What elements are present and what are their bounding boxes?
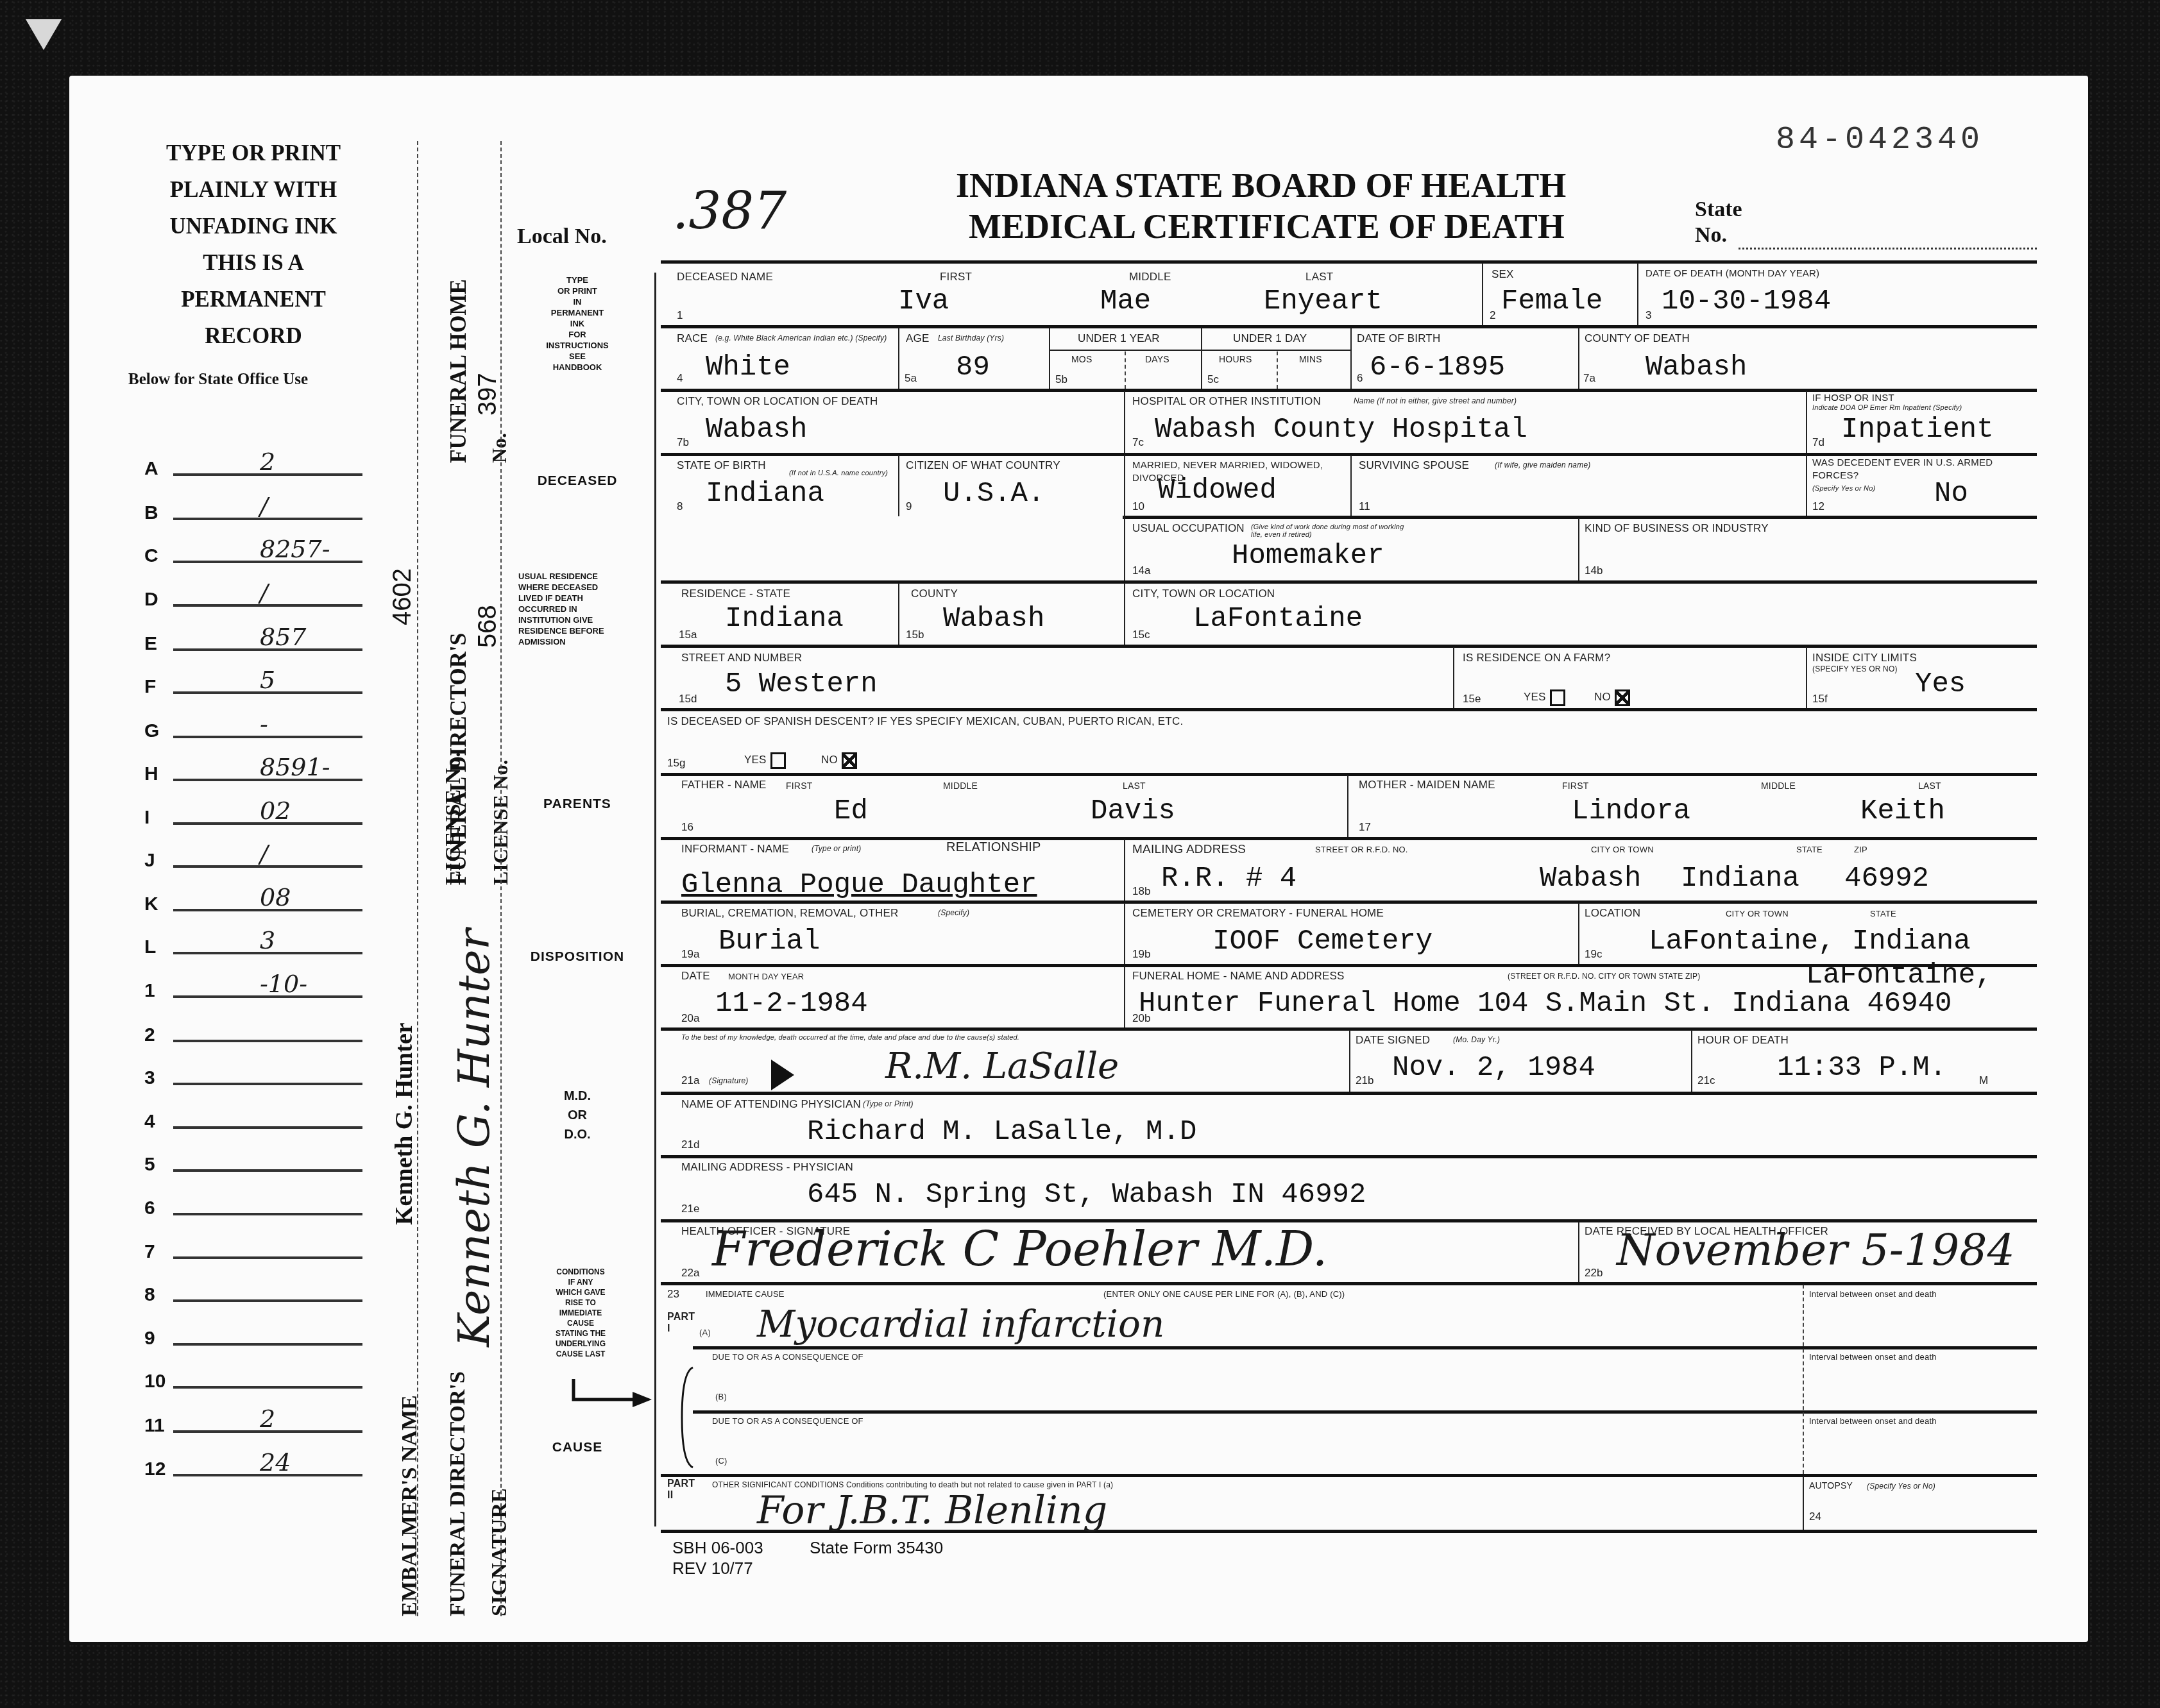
form-title-line1: INDIANA STATE BOARD OF HEALTH (956, 165, 1566, 205)
field-number: 15b (906, 629, 924, 641)
label-informant: INFORMANT - NAME (681, 843, 789, 856)
label-mos: MOS (1071, 354, 1093, 364)
date-of-death-value: 10-30-1984 (1662, 285, 1831, 317)
label-hosp-status: IF HOSP OR INST (1812, 393, 1894, 403)
field-number: 7a (1583, 372, 1595, 385)
hint-hospital: Name (If not in either, give street and … (1354, 396, 1517, 405)
county-of-death-value: Wabash (1646, 351, 1747, 384)
office-row-key: D (144, 589, 158, 611)
office-row-value: 02 (260, 797, 291, 825)
label-surviving-spouse: SURVIVING SPOUSE (1359, 459, 1469, 472)
label-state: STATE (1796, 845, 1823, 854)
hint-disposition: (Specify) (938, 908, 969, 917)
hospital-value: Wabash County Hospital (1155, 414, 1527, 446)
field-number: 19c (1585, 948, 1602, 961)
hint-disposition-date: MONTH DAY YEAR (728, 972, 804, 981)
date-received-value: November 5-1984 (1617, 1225, 2015, 1276)
label-interval-a: Interval between onset and death (1809, 1289, 1937, 1299)
mailing-state-value: Indiana (1681, 863, 1799, 895)
fd-signature-label-2: SIGNATURE (488, 1488, 512, 1616)
field-number: 7d (1812, 436, 1824, 449)
office-row-value: / (260, 840, 268, 868)
hint-state-of-birth: (If not in U.S.A. name country) (789, 469, 892, 477)
field-number: 22a (681, 1267, 699, 1280)
field-number: 6 (1357, 372, 1363, 385)
physician-value: Richard M. LaSalle, M.D (807, 1116, 1196, 1148)
section-disposition: DISPOSITION (513, 949, 642, 965)
office-row-value: 08 (260, 883, 291, 911)
section-deceased: DECEASED (513, 473, 642, 489)
office-use-row: 3 (144, 1051, 362, 1089)
label-cause-b: (b) (715, 1392, 727, 1401)
cause-instruction: (ENTER ONLY ONE CAUSE PER LINE FOR (a), … (1103, 1289, 1345, 1299)
state-no-field (1739, 248, 2037, 249)
residence-county-value: Wabash (943, 603, 1044, 635)
office-use-row: H8591- (144, 747, 362, 785)
label-city-town: CITY OR TOWN (1591, 845, 1654, 854)
cause-bracket (677, 1366, 696, 1469)
label-father: FATHER - NAME (681, 779, 767, 791)
label-sex: SEX (1492, 268, 1514, 281)
embalmer-name-value: Kenneth G. Hunter (390, 1022, 418, 1225)
label-state-of-birth: STATE OF BIRTH (677, 459, 766, 472)
field-number: 19b (1132, 948, 1150, 961)
label-location: LOCATION (1585, 907, 1640, 920)
office-row-value: 5 (260, 666, 275, 694)
office-row-key: H (144, 763, 158, 785)
hint-autopsy: (Specify Yes or No) (1867, 1482, 1935, 1491)
form-left-border (654, 273, 656, 1526)
fd-signature: Kenneth G. Hunter (449, 929, 500, 1347)
office-row-line (173, 1126, 362, 1129)
label-occupation: USUAL OCCUPATION (1132, 522, 1245, 535)
field-number: 18b (1132, 885, 1150, 898)
type-print-hint: TYPEOR PRINTIN PERMANENTINKFOR INSTRUCTI… (513, 275, 642, 373)
office-row-key: 10 (144, 1371, 166, 1392)
arrow-right-icon (571, 1379, 654, 1417)
row-divider (661, 1282, 2037, 1285)
office-use-row: 1-10- (144, 963, 362, 1002)
deceased-last-name: Enyeart (1264, 285, 1382, 317)
state-file-number-stamp: 84-042340 (1776, 122, 1984, 158)
label-interval-b: Interval between onset and death (1809, 1352, 1937, 1362)
field-number: 16 (681, 821, 693, 834)
date-signed-value: Nov. 2, 1984 (1392, 1052, 1595, 1084)
office-row-line (173, 1213, 362, 1215)
spanish-yes-checkbox[interactable] (770, 752, 786, 769)
fd-license-label-1: FUNERAL DIRECTOR'S (446, 633, 472, 885)
label-date-of-death: DATE OF DEATH (MONTH DAY YEAR) (1646, 268, 1819, 279)
field-number: 15d (679, 693, 697, 706)
autopsy-field-number: 24 (1809, 1510, 1821, 1523)
office-row-line (173, 1299, 362, 1302)
office-row-key: 3 (144, 1067, 155, 1089)
label-first: FIRST (940, 271, 972, 283)
row-divider (661, 837, 2037, 840)
office-row-value: 24 (260, 1448, 291, 1476)
embalmer-name-label: EMBALMER'S NAME (398, 1395, 422, 1616)
hint-surviving-spouse: (If wife, give maiden name) (1495, 461, 1590, 469)
deceased-first-name: Iva (898, 285, 949, 317)
hint-occupation: (Give kind of work done during most of w… (1251, 523, 1411, 539)
occupation-value: Homemaker (1232, 540, 1384, 572)
row-divider (661, 773, 2037, 776)
cemetery-value: IOOF Cemetery (1212, 926, 1433, 958)
office-row-value: / (260, 492, 268, 520)
farm-no-option[interactable]: NO (1594, 689, 1630, 706)
hour-of-death-value: 11:33 P.M. (1777, 1052, 1946, 1084)
label-city-limits: INSIDE CITY LIMITS (1812, 652, 1917, 664)
office-row-value: 8257- (260, 535, 330, 563)
mother-last-name: Keith (1860, 795, 1945, 827)
label-physician: NAME OF ATTENDING PHYSICIAN (681, 1098, 861, 1111)
label-armed-forces: WAS DECEDENT EVER IN U.S. ARMED FORCES? (1812, 457, 2018, 482)
label-first: FIRST (1562, 781, 1588, 791)
label-middle: MIDDLE (1129, 271, 1171, 283)
residence-hint: USUAL RESIDENCEWHERE DECEASEDLIVED IF DE… (513, 571, 647, 647)
hosp-status-value: Inpatient (1841, 414, 1994, 446)
field-number: 15e (1463, 693, 1481, 706)
city-of-death-value: Wabash (706, 414, 807, 446)
row-divider (661, 1155, 2037, 1158)
label-mailing-address: MAILING ADDRESS (1132, 843, 1246, 857)
field-number: 21b (1356, 1074, 1373, 1087)
spanish-yes-option[interactable]: YES (744, 752, 786, 769)
office-row-key: A (144, 458, 158, 480)
field-number: 20a (681, 1012, 699, 1025)
office-row-value: - (260, 710, 268, 738)
label-state: STATE (1870, 909, 1896, 918)
signature-label: (Signature) (709, 1076, 749, 1085)
field-number: 7b (677, 436, 689, 449)
office-use-row: 6 (144, 1181, 362, 1219)
physician-address-value: 645 N. Spring St, Wabash IN 46992 (807, 1179, 1366, 1211)
office-row-line (173, 1169, 362, 1172)
scan-corner-marker (26, 19, 62, 50)
label-cemetery: CEMETERY OR CREMATORY - FUNERAL HOME (1132, 907, 1384, 920)
office-use-row: A2 (144, 441, 362, 480)
label-age: AGE (906, 332, 930, 345)
office-row-key: F (144, 676, 156, 698)
office-row-key: 12 (144, 1459, 166, 1480)
spanish-no-option[interactable]: NO (821, 752, 857, 769)
office-use-row: 1224 (144, 1442, 362, 1480)
label-zip: ZIP (1854, 845, 1867, 854)
section-parents: PARENTS (513, 797, 642, 812)
office-row-key: L (144, 936, 156, 958)
farm-yes-option[interactable]: YES (1524, 689, 1565, 706)
field-number: 12 (1812, 500, 1824, 513)
field-number: 5c (1207, 373, 1219, 386)
label-business: KIND OF BUSINESS OR INDUSTRY (1585, 522, 1769, 535)
label-mother: MOTHER - MAIDEN NAME (1359, 779, 1495, 791)
field-number: 3 (1646, 309, 1651, 322)
row-divider (661, 260, 2037, 264)
instructions-block: TYPE OR PRINT PLAINLY WITH UNFADING INK … (144, 135, 362, 354)
label-funeral-home-address: (STREET OR R.F.D. NO. CITY OR TOWN STATE… (1508, 972, 1700, 981)
office-row-key: I (144, 807, 149, 829)
office-use-row: L3 (144, 920, 362, 958)
form-title-line2: MEDICAL CERTIFICATE OF DEATH (969, 207, 1565, 246)
age-value: 89 (956, 351, 990, 384)
cause-field-number: 23 (667, 1288, 679, 1301)
marital-value: Widowed (1158, 475, 1277, 507)
label-residence-county: COUNTY (911, 588, 958, 600)
perforation-line (417, 141, 418, 1616)
form-code: SBH 06-003 (672, 1538, 763, 1558)
field-number: 21d (681, 1138, 699, 1151)
race-value: White (706, 351, 790, 384)
label-date-signed: DATE SIGNED (1356, 1034, 1430, 1047)
office-use-row: B/ (144, 486, 362, 524)
row-divider (661, 1092, 2037, 1095)
funeral-home-no-label: No. (488, 433, 511, 463)
row-divider (661, 389, 2037, 392)
field-number: 21a (681, 1074, 699, 1087)
father-first-name: Ed (834, 795, 868, 827)
office-row-key: 11 (144, 1415, 165, 1437)
funeral-home-city-value: LaFontaine, (1806, 960, 1992, 992)
office-use-row: C8257- (144, 528, 362, 567)
instruction-line: PLAINLY WITH (144, 171, 362, 208)
city-limits-value: Yes (1915, 668, 1966, 700)
mother-first-name: Lindora (1572, 795, 1690, 827)
label-residence-city: CITY, TOWN OR LOCATION (1132, 588, 1275, 600)
field-number: 5b (1055, 373, 1067, 386)
field-number: 17 (1359, 821, 1371, 834)
office-use-row: F5 (144, 659, 362, 698)
field-number: 21c (1697, 1074, 1715, 1087)
local-no-value: .387 (672, 181, 787, 241)
label-disposition-date: DATE (681, 970, 710, 983)
disposition-value: Burial (719, 926, 820, 958)
hint-age: Last Birthday (Yrs) (938, 334, 1041, 342)
office-row-key: B (144, 502, 158, 524)
label-under-1-year: UNDER 1 YEAR (1078, 332, 1160, 345)
label-part-1: PART I (667, 1312, 693, 1335)
location-value: LaFontaine, Indiana (1649, 926, 1971, 958)
mailing-zip-value: 46992 (1844, 863, 1929, 895)
row-divider (693, 1346, 2037, 1349)
label-race: RACE (677, 332, 708, 345)
certifier-statement: To the best of my knowledge, death occur… (681, 1034, 1041, 1042)
office-row-line (173, 1083, 362, 1085)
office-row-key: 1 (144, 980, 155, 1002)
label-hours: HOURS (1219, 354, 1252, 364)
label-date-of-birth: DATE OF BIRTH (1357, 332, 1440, 345)
office-row-key: 4 (144, 1111, 155, 1133)
office-use-row: 7 (144, 1224, 362, 1263)
office-row-value: / (260, 579, 268, 607)
label-street: STREET AND NUMBER (681, 652, 802, 664)
label-disposition: BURIAL, CREMATION, REMOVAL, OTHER (681, 907, 898, 920)
row-divider (661, 1474, 2037, 1477)
field-number: 15c (1132, 629, 1150, 641)
instruction-line: RECORD (144, 317, 362, 354)
label-hour-of-death: HOUR OF DEATH (1697, 1034, 1789, 1047)
office-row-value: 3 (260, 926, 275, 954)
row-divider (1123, 516, 2037, 519)
label-last: LAST (1918, 781, 1941, 791)
field-number: 10 (1132, 500, 1144, 513)
office-use-row: 5 (144, 1137, 362, 1176)
label-cause-a: (a) (699, 1328, 711, 1337)
office-use-row: I02 (144, 790, 362, 829)
office-row-key: 9 (144, 1328, 155, 1349)
row-divider (661, 580, 2037, 584)
label-residence-state: RESIDENCE - STATE (681, 588, 790, 600)
field-number: 19a (681, 948, 699, 961)
office-row-key: 8 (144, 1284, 155, 1306)
office-use-row: 112 (144, 1398, 362, 1437)
fd-license-no-value: 568 (473, 605, 502, 648)
section-cause: CAUSE (513, 1440, 642, 1455)
field-number: 22b (1585, 1267, 1603, 1280)
field-number: 5a (905, 372, 917, 385)
office-row-value: 8591- (260, 753, 330, 781)
sex-value: Female (1501, 285, 1603, 317)
perforation-line (500, 141, 502, 1616)
label-part-2: PART II (667, 1478, 693, 1501)
row-divider (661, 325, 2037, 328)
hint-armed-forces: (Specify Yes or No) (1812, 485, 1875, 493)
office-row-key: G (144, 720, 159, 742)
office-use-row: D/ (144, 572, 362, 611)
license-no-value: 4602 (388, 568, 417, 625)
instruction-line: THIS IS A (144, 244, 362, 281)
label-immediate-cause: IMMEDIATE CAUSE (706, 1289, 785, 1299)
label-physician-address: MAILING ADDRESS - PHYSICIAN (681, 1161, 853, 1174)
local-no-label: Local No. (517, 224, 607, 249)
label-due-to-b: DUE TO OR AS A CONSEQUENCE OF (712, 1352, 863, 1362)
certifier-signature: R.M. LaSalle (885, 1045, 1119, 1087)
label-cause-c: (c) (715, 1456, 727, 1466)
farm-no-checkbox[interactable] (1615, 689, 1630, 706)
label-interval-c: Interval between onset and death (1809, 1416, 1937, 1426)
cause-a-value: Myocardial infarction (757, 1302, 1164, 1346)
hint-informant: (Type or print) (812, 844, 861, 853)
office-row-key: C (144, 545, 158, 567)
hint-race: (e.g. White Black American Indian etc.) … (715, 334, 892, 342)
label-city-town: CITY OR TOWN (1726, 909, 1789, 918)
field-number: 2 (1490, 309, 1495, 322)
label-first: FIRST (786, 781, 812, 791)
label-last: LAST (1305, 271, 1333, 283)
field-number: 11 (1359, 500, 1370, 513)
office-row-key: E (144, 633, 157, 655)
label-days: DAYS (1145, 354, 1169, 364)
label-mins: MINS (1299, 354, 1322, 364)
label-citizen-of: CITIZEN OF WHAT COUNTRY (906, 459, 1060, 472)
label-relationship: RELATIONSHIP (946, 840, 1041, 855)
deceased-middle-name: Mae (1100, 285, 1151, 317)
field-number: 14a (1132, 564, 1150, 577)
armed-forces-value: No (1934, 478, 1968, 510)
instruction-line: TYPE OR PRINT (144, 135, 362, 171)
hour-suffix: M (1979, 1074, 1988, 1087)
health-officer-signature: Frederick C Poehler M.D. (712, 1222, 1327, 1277)
office-use-row: 10 (144, 1354, 362, 1392)
office-use-row: K08 (144, 877, 362, 915)
office-row-value: -10- (260, 970, 307, 998)
office-row-value: 857 (260, 623, 307, 651)
office-row-line (173, 1256, 362, 1259)
field-number: 8 (677, 500, 683, 513)
office-row-key: K (144, 893, 158, 915)
field-number: 15a (679, 629, 697, 641)
label-street-rfd: STREET OR R.F.D. NO. (1315, 845, 1408, 854)
section-md-do: M.D.ORD.O. (513, 1087, 642, 1144)
label-county-of-death: COUNTY OF DEATH (1585, 332, 1690, 345)
office-row-line (173, 1386, 362, 1389)
citizen-of-value: U.S.A. (943, 478, 1044, 510)
residence-city-value: LaFontaine (1193, 603, 1363, 635)
office-use-row: 4 (144, 1094, 362, 1133)
office-row-line (173, 1343, 362, 1346)
state-no-label-2: No. (1695, 223, 1727, 248)
label-farm: IS RESIDENCE ON A FARM? (1463, 652, 1610, 664)
field-number: 14b (1585, 564, 1603, 577)
spanish-no-checkbox[interactable] (842, 752, 857, 769)
office-use-label: Below for State Office Use (128, 371, 308, 389)
mailing-city-value: Wabash (1540, 863, 1641, 895)
state-form-number: State Form 35430 (810, 1538, 943, 1558)
label-spanish-descent: IS DECEASED OF SPANISH DESCENT? IF YES S… (667, 715, 1183, 728)
father-last-name: Davis (1091, 795, 1175, 827)
state-no-label: State (1695, 198, 1742, 222)
row-divider (661, 708, 2037, 711)
disposition-date-value: 11-2-1984 (715, 988, 868, 1020)
funeral-home-label: FUNERAL HOME (446, 279, 472, 463)
hint-city-limits: (SPECIFY YES OR NO) (1812, 664, 1898, 673)
state-of-birth-value: Indiana (706, 478, 824, 510)
office-row-key: 2 (144, 1024, 155, 1046)
funeral-home-no-value: 397 (473, 373, 502, 416)
office-use-row: E857 (144, 616, 362, 655)
label-deceased-name: DECEASED NAME (677, 271, 773, 283)
other-conditions-value: For J.B.T. Blenling (757, 1488, 1107, 1533)
label-under-1-day: UNDER 1 DAY (1233, 332, 1307, 345)
row-divider (661, 453, 2037, 456)
conditions-hint: CONDITIONSIF ANYWHICH GAVE RISE TOIMMEDI… (526, 1267, 635, 1359)
label-last: LAST (1123, 781, 1146, 791)
field-number: 21e (681, 1203, 699, 1215)
office-use-row: G- (144, 704, 362, 742)
field-number: 15f (1812, 693, 1828, 706)
field-number: 7c (1132, 436, 1144, 449)
residence-state-value: Indiana (725, 603, 844, 635)
office-use-row: 9 (144, 1311, 362, 1349)
label-middle: MIDDLE (1761, 781, 1796, 791)
office-row-key: 7 (144, 1241, 155, 1263)
farm-yes-checkbox[interactable] (1550, 689, 1565, 706)
field-number: 4 (677, 372, 683, 385)
field-number: 1 (677, 309, 683, 322)
office-row-value: 2 (260, 1405, 275, 1433)
office-row-key: 5 (144, 1154, 155, 1176)
office-row-line (173, 1040, 362, 1042)
label-city-of-death: CITY, TOWN OR LOCATION OF DEATH (677, 395, 878, 408)
label-funeral-home: FUNERAL HOME - NAME AND ADDRESS (1132, 970, 1345, 983)
row-divider (661, 645, 2037, 648)
label-autopsy: AUTOPSY (1809, 1480, 1853, 1491)
informant-value: Glenna Pogue Daughter (681, 869, 1037, 901)
fd-signature-label-1: FUNERAL DIRECTOR'S (446, 1371, 470, 1616)
office-use-row: J/ (144, 833, 362, 872)
form-revision: REV 10/77 (672, 1559, 753, 1578)
label-due-to-c: DUE TO OR AS A CONSEQUENCE OF (712, 1416, 863, 1426)
mailing-street-value: R.R. # 4 (1161, 863, 1297, 895)
